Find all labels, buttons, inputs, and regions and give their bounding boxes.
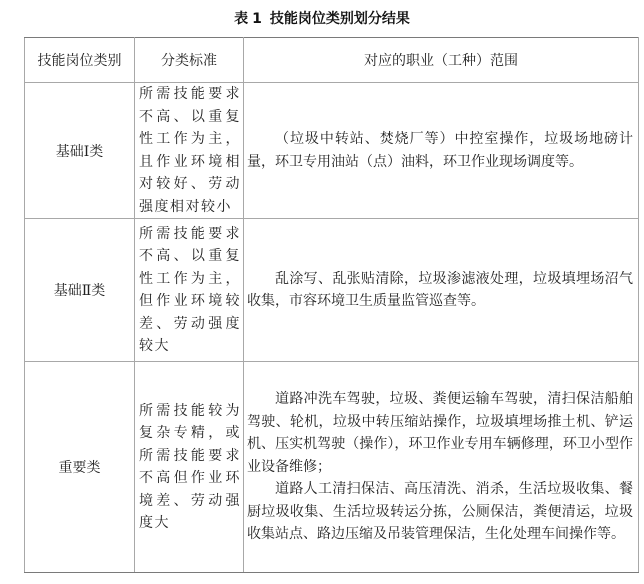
- skill-category-table: 技能岗位类别 分类标准 对应的职业（工种）范围 基础Ⅰ类 所需技能要求不高、以重…: [24, 37, 639, 573]
- scope-paragraph: （垃圾中转站、焚烧厂等）中控室操作，垃圾场地磅计量，环卫专用油站（点）油料，环卫…: [247, 128, 633, 173]
- scope-paragraph: 道路人工清扫保洁、高压清洗、消杀，生活垃圾收集、餐厨垃圾收集、生活垃圾转运分拣，…: [247, 478, 633, 546]
- standard-cell: 所需技能要求不高、以重复性工作为主，且作业环境相对较好、劳动强度相对较小: [135, 83, 244, 219]
- table-row: 基础Ⅱ类 所需技能要求不高、以重复性工作为主，但作业环境较差、劳动强度较大 乱涂…: [25, 219, 639, 362]
- header-classification-standard: 分类标准: [135, 38, 244, 83]
- standard-cell: 所需技能要求不高、以重复性工作为主，但作业环境较差、劳动强度较大: [135, 219, 244, 362]
- category-cell: 重要类: [25, 362, 135, 573]
- header-skill-category: 技能岗位类别: [25, 38, 135, 83]
- scope-cell: 道路冲洗车驾驶，垃圾、粪便运输车驾驶，清扫保洁船舶驾驶、轮机，垃圾中转压缩站操作…: [244, 362, 639, 573]
- category-cell: 基础Ⅱ类: [25, 219, 135, 362]
- scope-paragraph: 乱涂写、乱张贴清除，垃圾渗滤液处理，垃圾填埋场沼气收集，市容环境卫生质量监管巡查…: [247, 268, 633, 313]
- standard-cell: 所需技能较为复杂专精，或所需技能要求不高但作业环境差、劳动强度大: [135, 362, 244, 573]
- scope-cell: 乱涂写、乱张贴清除，垃圾渗滤液处理，垃圾填埋场沼气收集，市容环境卫生质量监管巡查…: [244, 219, 639, 362]
- caption-title: 技能岗位类别划分结果: [270, 11, 410, 27]
- table-caption: 表1技能岗位类别划分结果: [0, 10, 644, 28]
- table-header-row: 技能岗位类别 分类标准 对应的职业（工种）范围: [25, 38, 639, 83]
- table-row: 基础Ⅰ类 所需技能要求不高、以重复性工作为主，且作业环境相对较好、劳动强度相对较…: [25, 83, 639, 219]
- caption-prefix: 表: [234, 11, 248, 27]
- category-cell: 基础Ⅰ类: [25, 83, 135, 219]
- scope-paragraph: 道路冲洗车驾驶，垃圾、粪便运输车驾驶，清扫保洁船舶驾驶、轮机，垃圾中转压缩站操作…: [247, 388, 633, 478]
- caption-number: 1: [252, 11, 262, 27]
- scope-cell: （垃圾中转站、焚烧厂等）中控室操作，垃圾场地磅计量，环卫专用油站（点）油料，环卫…: [244, 83, 639, 219]
- table-row: 重要类 所需技能较为复杂专精，或所需技能要求不高但作业环境差、劳动强度大 道路冲…: [25, 362, 639, 573]
- header-occupation-scope: 对应的职业（工种）范围: [244, 38, 639, 83]
